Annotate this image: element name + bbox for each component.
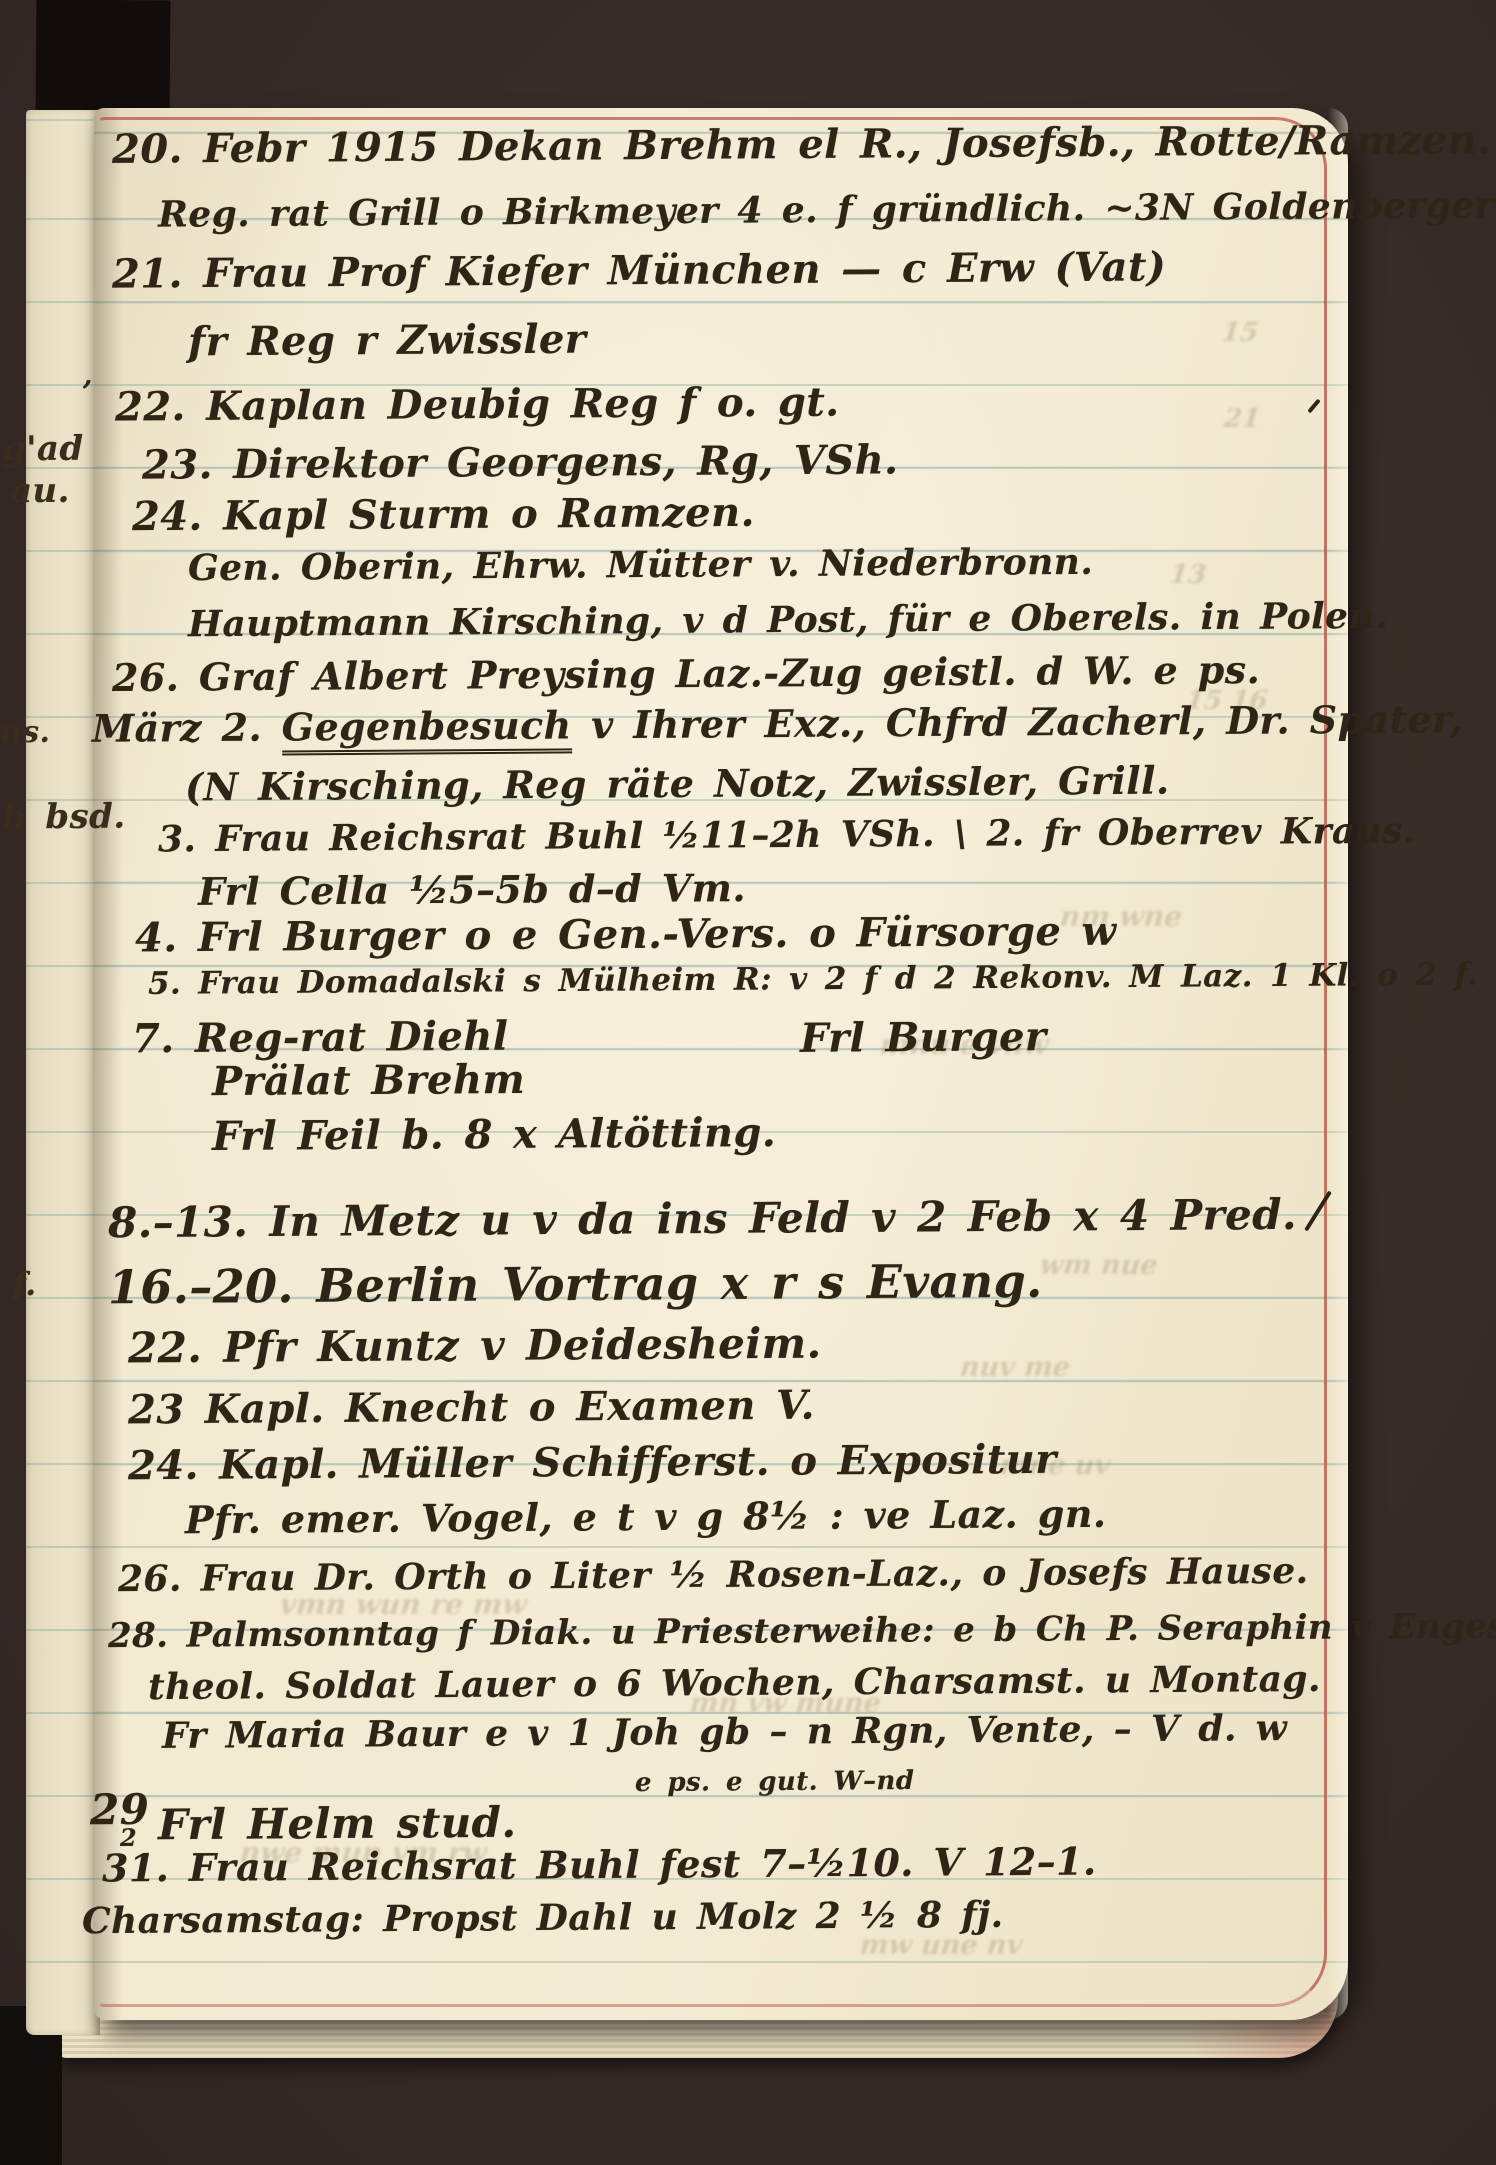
pen-marks-layer <box>0 0 1496 2165</box>
pen-tick-mark <box>1304 1190 1332 1231</box>
scanned-notebook-photo: 15211315 16nm wnemnu e vnwwm nuenuv memn… <box>0 0 1496 2165</box>
pen-tick-mark <box>1307 399 1320 414</box>
